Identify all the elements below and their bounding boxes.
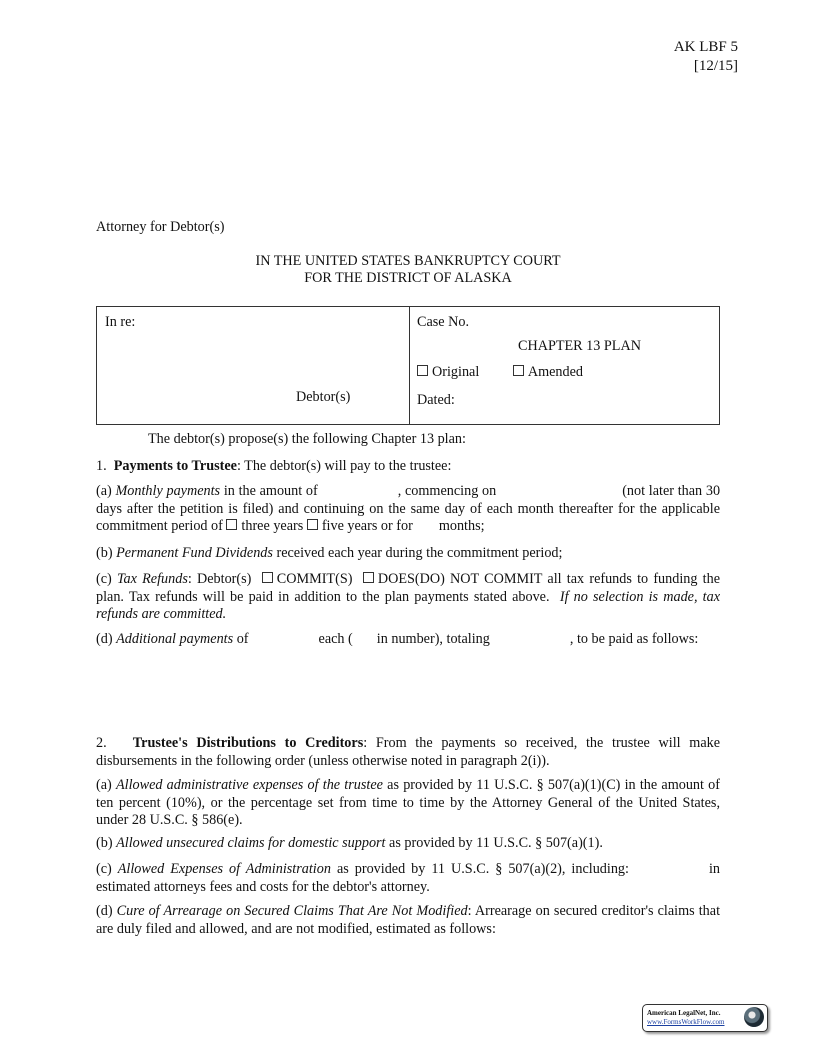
original-checkbox[interactable] bbox=[417, 365, 428, 376]
court-name: IN THE UNITED STATES BANKRUPTCY COURT bbox=[96, 253, 720, 270]
section-2a: (a) Allowed administrative expenses of t… bbox=[96, 777, 720, 830]
section-2-heading: 2. Trustee's Distributions to Creditors:… bbox=[96, 735, 720, 770]
case-caption: In re: Debtor(s) Case No. CHAPTER 13 PLA… bbox=[96, 306, 720, 425]
original-label: Original bbox=[432, 364, 479, 380]
logo-link[interactable]: www.FormsWorkFlow.com bbox=[647, 1018, 724, 1027]
in-re-label: In re: bbox=[105, 314, 135, 331]
section-1b: (b) Permanent Fund Dividends received ea… bbox=[96, 545, 720, 563]
case-number-label: Case No. bbox=[417, 314, 469, 331]
section-1-heading: 1. Payments to Trustee: The debtor(s) wi… bbox=[96, 458, 720, 476]
commit-checkbox[interactable] bbox=[262, 572, 273, 583]
court-heading: IN THE UNITED STATES BANKRUPTCY COURT FO… bbox=[96, 253, 720, 287]
court-district: FOR THE DISTRICT OF ALASKA bbox=[96, 270, 720, 287]
debtors-label: Debtor(s) bbox=[296, 389, 350, 406]
globe-icon bbox=[744, 1007, 764, 1027]
amended-checkbox[interactable] bbox=[513, 365, 524, 376]
caption-left: In re: Debtor(s) bbox=[97, 307, 410, 424]
amended-label: Amended bbox=[528, 364, 583, 380]
plan-type-options: Original Amended bbox=[417, 364, 583, 381]
plan-title: CHAPTER 13 PLAN bbox=[410, 338, 719, 355]
caption-right: Case No. CHAPTER 13 PLAN Original Amende… bbox=[410, 307, 719, 424]
logo-company: American LegalNet, Inc. bbox=[647, 1009, 720, 1018]
section-2-title: Trustee's Distributions to Creditors bbox=[133, 735, 363, 751]
dated-label: Dated: bbox=[417, 392, 455, 409]
form-identifier: AK LBF 5 [12/15] bbox=[674, 38, 738, 76]
five-years-checkbox[interactable] bbox=[307, 519, 318, 530]
attorney-label: Attorney for Debtor(s) bbox=[96, 219, 224, 236]
section-1-title: Payments to Trustee bbox=[114, 458, 237, 474]
footer-logo[interactable]: American LegalNet, Inc. www.FormsWorkFlo… bbox=[642, 1004, 768, 1032]
section-2d: (d) Cure of Arrearage on Secured Claims … bbox=[96, 903, 720, 938]
not-commit-checkbox[interactable] bbox=[363, 572, 374, 583]
section-1d: (d) Additional payments ofeach (in numbe… bbox=[96, 631, 720, 649]
three-years-checkbox[interactable] bbox=[226, 519, 237, 530]
section-1c: (c) Tax Refunds: Debtor(s) COMMIT(S) DOE… bbox=[96, 571, 720, 624]
intro-text: The debtor(s) propose(s) the following C… bbox=[96, 431, 720, 449]
form-number: AK LBF 5 bbox=[674, 38, 738, 57]
form-revision: [12/15] bbox=[674, 57, 738, 76]
section-2b: (b) Allowed unsecured claims for domesti… bbox=[96, 835, 720, 853]
section-2c: (c) Allowed Expenses of Administration a… bbox=[96, 861, 720, 896]
section-1a: (a) Monthly payments in the amount of, c… bbox=[96, 483, 720, 536]
